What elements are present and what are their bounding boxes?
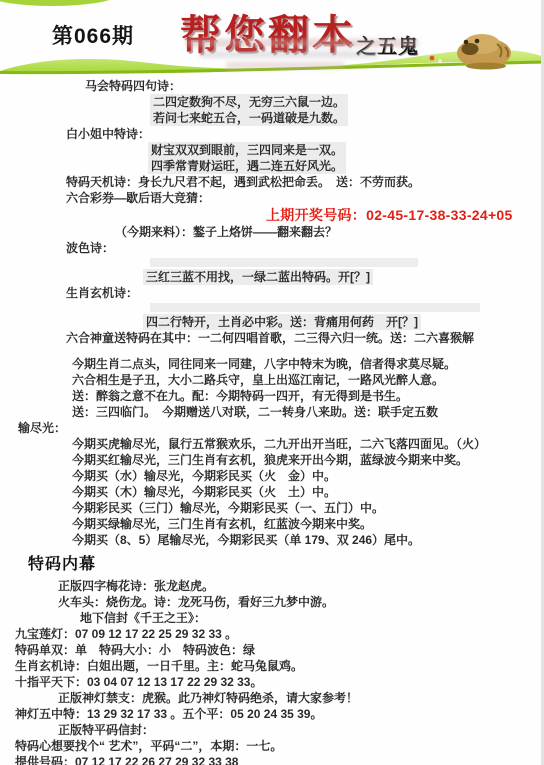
scan-artifact-band [0, 301, 544, 314]
line-xiehouyu-title: 六合彩券—歇后语大竞猜： [0, 190, 544, 206]
watermark-blur-text [226, 62, 344, 69]
scan-artifact-band [0, 256, 544, 269]
line-mahui-poem-title: 马会特码四句诗： [0, 78, 544, 94]
last-draw-label: 上期开奖号码： [266, 207, 366, 223]
issue-number-label: 第066期 [52, 20, 134, 50]
line-tianji-poem: 特码天机诗：身长九尺君不起，遇到武松把命丢。 送：不劳而获。 [0, 174, 544, 190]
line-bose-title: 波色诗： [0, 240, 544, 256]
line-jiubao-numbers: 九宝莲灯：07 09 12 17 22 25 29 32 33 。 [0, 626, 544, 642]
last-draw-numbers: 02-45-17-38-33-24+05 [366, 207, 513, 223]
line-shendeng-jinzhi: 正版神灯禁支：虎猴。此乃神灯特码绝杀，请大家参考！ [0, 690, 544, 706]
tip-sheet-page: 第066期 帮您翻本之五鬼 马会特码四句诗： 二四定数狗不尽，无穷三六鼠一边。 … [0, 0, 544, 765]
body-line: 今期买虎输尽光，鼠行五常猴欢乐，二九开出开当旺，二六飞落四面见。（火） [0, 436, 544, 452]
grass-arc-topleft [0, 0, 120, 6]
masthead-header: 第066期 帮您翻本之五鬼 [0, 0, 544, 78]
watermark-blur-text [200, 51, 378, 58]
flower-dot [430, 56, 435, 61]
line-laoliao: （今期来料）：鏊子上烙饼——翻来翻去？ [0, 224, 544, 240]
line-baixiaojie-title: 白小姐中特诗： [0, 126, 544, 142]
body-line: 今期买（水）输尽光，今期彩民买（火 金）中。 [0, 468, 544, 484]
body-line: 今期彩民买（三门）输尽光，今期彩民买（一、五门）中。 [0, 500, 544, 516]
body-line: 送：醉翁之意不在九。配：今期特码一四开，有无得到是书生。 [0, 388, 544, 404]
watermark-blur-text [186, 39, 418, 47]
body-line: 今期生肖二点头，同往同来一同建，八字中特末为晚，信者得求莫尽疑。 [0, 356, 544, 372]
spacer [0, 346, 544, 356]
line-tepingma-title: 正版特平码信封： [0, 722, 544, 738]
line-shendeng-numbers: 神灯五中特：13 29 32 17 33 。五个平：05 20 24 35 39… [0, 706, 544, 722]
body-line: 六合相生是子丑，大小二路兵守，皇上出巡江南记，一路风光醉人意。 [0, 372, 544, 388]
poem-line: 财宝双双到眼前，三四同来是一双。 [0, 142, 544, 158]
poem-line: 若问七来蛇五合，一码道破是九数。 [0, 110, 544, 126]
line-shengxiao-title: 生肖玄机诗： [0, 285, 544, 301]
last-draw-result: 上期开奖号码：02-45-17-38-33-24+05 [0, 206, 544, 224]
body-line: 送：三四临门。 今期赠送八对联，二一转身八来助。送：联手定五数 [0, 404, 544, 420]
poem-line: 二四定数狗不尽，无穷三六鼠一边。 [0, 94, 544, 110]
body-line: 今期买（8、5）尾输尽光，今期彩民买（单 179、双 246）尾中。 [0, 532, 544, 548]
line-shujinguang-title: 输尽光： [0, 420, 544, 436]
sheet-body: 马会特码四句诗： 二四定数狗不尽，无穷三六鼠一边。 若问七来蛇五合，一码道破是九… [0, 78, 544, 765]
line-danshuang-daxiao: 特码单双：单 特码大小：小 特码波色：绿 [0, 642, 544, 658]
line-meihua-poem: 正版四字梅花诗：张龙赵虎。 [0, 578, 544, 594]
poem-line: 四二行特开，土肖必中彩。送：背痛用何药 开[？] [0, 314, 544, 330]
line-shentong: 六合神童送特码在其中：一二何四唱首歌，二三得六归一统。送：二六喜猴解 [0, 330, 544, 346]
poem-line: 四季常青财运旺，遇二连五好风光。 [0, 158, 544, 174]
line-shizhi-numbers: 十指平天下：03 04 07 12 13 17 22 29 32 33。 [0, 674, 544, 690]
line-shengxiao-xuanji: 生肖玄机诗：白姐出题，一日千里。主：蛇马兔鼠鸡。 [0, 658, 544, 674]
body-line: 今期买（木）输尽光，今期彩民买（火 土）中。 [0, 484, 544, 500]
section-heading-neimu: 特码内幕 [0, 555, 544, 575]
line-dixia-xinfeng: 地下信封《千王之王》： [0, 610, 544, 626]
body-line: 今期买红输尽光，三门生肖有玄机，狼虎来开出今期，蓝绿波今期来中奖。 [0, 452, 544, 468]
line-tema-hint: 特码心想要找个“ 艺术”，平码“二”，本期：一七。 [0, 738, 544, 754]
line-provided-numbers: 提供号码：07 12 17 22 26 27 29 32 33 38 [0, 754, 544, 765]
body-line: 今期买绿输尽光，三门生肖有玄机，红蓝波今期来中奖。 [0, 516, 544, 532]
line-huochetou: 火车头：烧伤龙。诗：龙死马伤，看好三九梦中游。 [0, 594, 544, 610]
poem-line: 三红三蓝不用找，一绿二蓝出特码。开[？] [0, 269, 544, 285]
spacer [0, 548, 544, 552]
flower-dot [438, 59, 442, 63]
